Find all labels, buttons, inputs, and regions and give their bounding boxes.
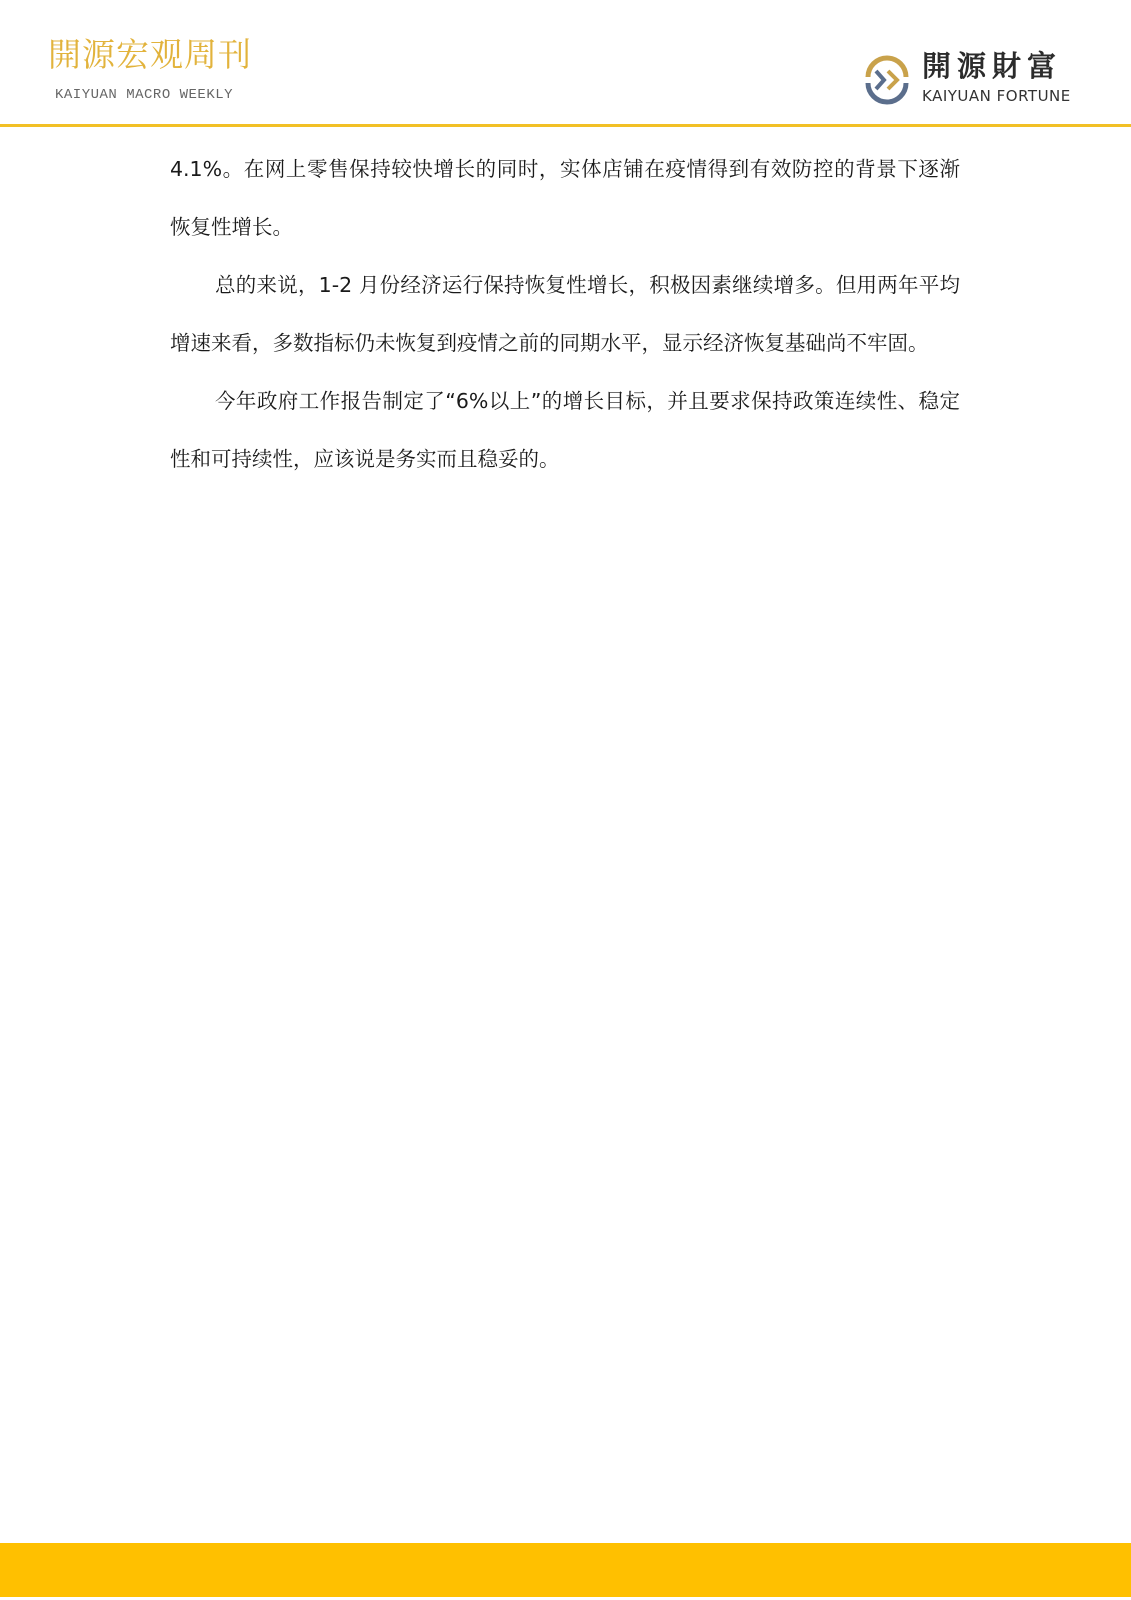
- kaiyuan-logo-icon: [862, 55, 912, 105]
- logo-name-cn: 開源財富: [922, 52, 1062, 81]
- publication-title-en: KAIYUAN MACRO WEEKLY: [55, 87, 233, 103]
- document-body: 4.1%。在网上零售保持较快增长的同时，实体店铺在疫情得到有效防控的背景下逐渐恢…: [170, 140, 960, 488]
- paragraph: 总的来说，1-2 月份经济运行保持恢复性增长，积极因素继续增多。但用两年平均增速…: [170, 256, 960, 372]
- logo-name-en: KAIYUAN FORTUNE: [922, 87, 1071, 105]
- publication-title-cn: 開源宏观周刊: [48, 38, 252, 71]
- paragraph: 4.1%。在网上零售保持较快增长的同时，实体店铺在疫情得到有效防控的背景下逐渐恢…: [170, 140, 960, 256]
- page-header: 開源宏观周刊 KAIYUAN MACRO WEEKLY 開源財富 KAIYUAN…: [0, 0, 1131, 128]
- company-logo: 開源財富 KAIYUAN FORTUNE: [862, 50, 1082, 110]
- footer-bar: [0, 1543, 1131, 1597]
- paragraph: 今年政府工作报告制定了“6%以上”的增长目标，并且要求保持政策连续性、稳定性和可…: [170, 372, 960, 488]
- header-divider: [0, 124, 1131, 127]
